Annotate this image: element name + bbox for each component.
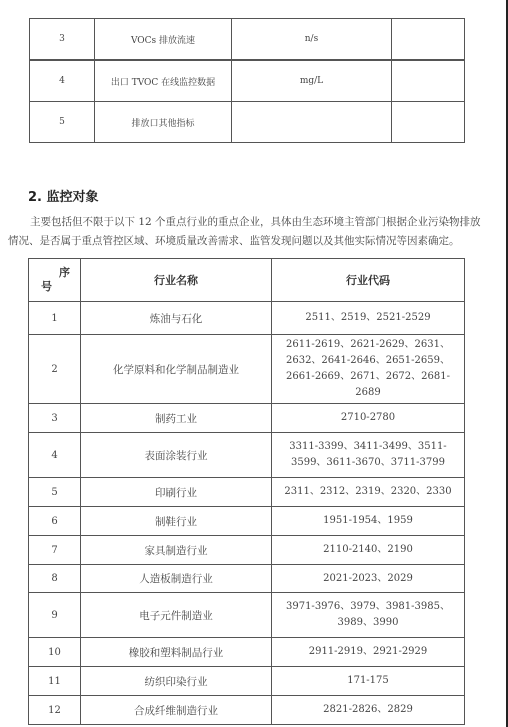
industry-codes: 171-175 xyxy=(272,667,465,696)
table-row: 1炼油与石化2511、2519、2521-2529 xyxy=(29,302,465,335)
item-unit xyxy=(232,102,392,143)
row-number: 6 xyxy=(29,507,81,536)
row-number: 9 xyxy=(29,593,81,638)
industry-table: 序 号 行业名称 行业代码 1炼油与石化2511、2519、2521-25292… xyxy=(28,258,465,725)
table-header-row: 序 号 行业名称 行业代码 xyxy=(29,259,465,302)
table-row: 8人造板制造行业2021-2023、2029 xyxy=(29,565,465,593)
row-number: 10 xyxy=(29,638,81,667)
section-paragraph: 主要包括但不限于以下 12 个重点行业的重点企业，具体由生态环境主管部门根据企业… xyxy=(8,213,498,251)
item-note xyxy=(392,60,465,102)
item-note xyxy=(392,19,465,61)
industry-codes: 3311-3399、3411-3499、3511-3599、3611-3670、… xyxy=(272,433,465,478)
industry-codes: 1951-1954、1959 xyxy=(272,507,465,536)
industry-name: 家具制造行业 xyxy=(81,536,272,565)
table-row: 7家具制造行业2110-2140、2190 xyxy=(29,536,465,565)
table-row: 2化学原料和化学制品制造业2611-2619、2621-2629、2631、26… xyxy=(29,335,465,404)
header-industry-code: 行业代码 xyxy=(272,259,465,302)
industry-name: 纺织印染行业 xyxy=(81,667,272,696)
industry-codes: 2710-2780 xyxy=(272,404,465,433)
table-row: 9电子元件制造业3971-3976、3979、3981-3985、3989、39… xyxy=(29,593,465,638)
item-unit: n/s xyxy=(232,19,392,61)
row-number: 11 xyxy=(29,667,81,696)
row-number: 2 xyxy=(29,335,81,404)
paragraph-line: 主要包括但不限于以下 12 个重点行业的重点企业，具体由生态环境主管部门根据企业… xyxy=(8,213,498,232)
industry-name: 制鞋行业 xyxy=(81,507,272,536)
item-note xyxy=(392,102,465,143)
row-number: 4 xyxy=(30,60,95,102)
industry-name: 表面涂装行业 xyxy=(81,433,272,478)
industry-name: 橡胶和塑料制品行业 xyxy=(81,638,272,667)
header-seq-top: 序 xyxy=(29,266,80,280)
header-seq: 序 号 xyxy=(29,259,81,302)
item-name: 出口 TVOC 在线监控数据 xyxy=(95,60,232,102)
industry-codes: 2611-2619、2621-2629、2631、2632、2641-2646、… xyxy=(272,335,465,404)
industry-name: 炼油与石化 xyxy=(81,302,272,335)
industry-name: 制药工业 xyxy=(81,404,272,433)
industry-codes: 2311、2312、2319、2320、2330 xyxy=(272,478,465,507)
header-industry-name: 行业名称 xyxy=(81,259,272,302)
section-heading: 2. 监控对象 xyxy=(28,186,99,205)
table-row: 4表面涂装行业3311-3399、3411-3499、3511-3599、361… xyxy=(29,433,465,478)
table-row: 4 出口 TVOC 在线监控数据 mg/L xyxy=(30,60,465,102)
row-number: 12 xyxy=(29,696,81,725)
row-number: 4 xyxy=(29,433,81,478)
paragraph-line: 情况、是否属于重点管控区域、环境质量改善需求、监管发现问题以及其他实际情况等因素… xyxy=(8,235,460,247)
row-number: 3 xyxy=(30,19,95,61)
monitoring-items-table: 3 VOCs 排放流速 n/s 4 出口 TVOC 在线监控数据 mg/L 5 … xyxy=(29,18,465,143)
industry-codes: 2110-2140、2190 xyxy=(272,536,465,565)
industry-codes: 2821-2826、2829 xyxy=(272,696,465,725)
item-name: 排放口其他指标 xyxy=(95,102,232,143)
table-row: 3制药工业2710-2780 xyxy=(29,404,465,433)
item-unit: mg/L xyxy=(232,60,392,102)
industry-name: 化学原料和化学制品制造业 xyxy=(81,335,272,404)
industry-codes: 3971-3976、3979、3981-3985、3989、3990 xyxy=(272,593,465,638)
row-number: 3 xyxy=(29,404,81,433)
table-row: 5 排放口其他指标 xyxy=(30,102,465,143)
industry-name: 电子元件制造业 xyxy=(81,593,272,638)
industry-name: 人造板制造行业 xyxy=(81,565,272,593)
table-row: 10橡胶和塑料制品行业2911-2919、2921-2929 xyxy=(29,638,465,667)
item-name: VOCs 排放流速 xyxy=(95,19,232,61)
table-row: 6制鞋行业1951-1954、1959 xyxy=(29,507,465,536)
row-number: 5 xyxy=(29,478,81,507)
row-number: 5 xyxy=(30,102,95,143)
industry-name: 印刷行业 xyxy=(81,478,272,507)
row-number: 7 xyxy=(29,536,81,565)
header-seq-bottom: 号 xyxy=(29,280,80,294)
industry-name: 合成纤维制造行业 xyxy=(81,696,272,725)
row-number: 8 xyxy=(29,565,81,593)
table-row: 5印刷行业2311、2312、2319、2320、2330 xyxy=(29,478,465,507)
industry-codes: 2511、2519、2521-2529 xyxy=(272,302,465,335)
table-row: 3 VOCs 排放流速 n/s xyxy=(30,19,465,61)
table-row: 11纺织印染行业171-175 xyxy=(29,667,465,696)
row-number: 1 xyxy=(29,302,81,335)
industry-codes: 2021-2023、2029 xyxy=(272,565,465,593)
table-row: 12合成纤维制造行业2821-2826、2829 xyxy=(29,696,465,725)
industry-codes: 2911-2919、2921-2929 xyxy=(272,638,465,667)
